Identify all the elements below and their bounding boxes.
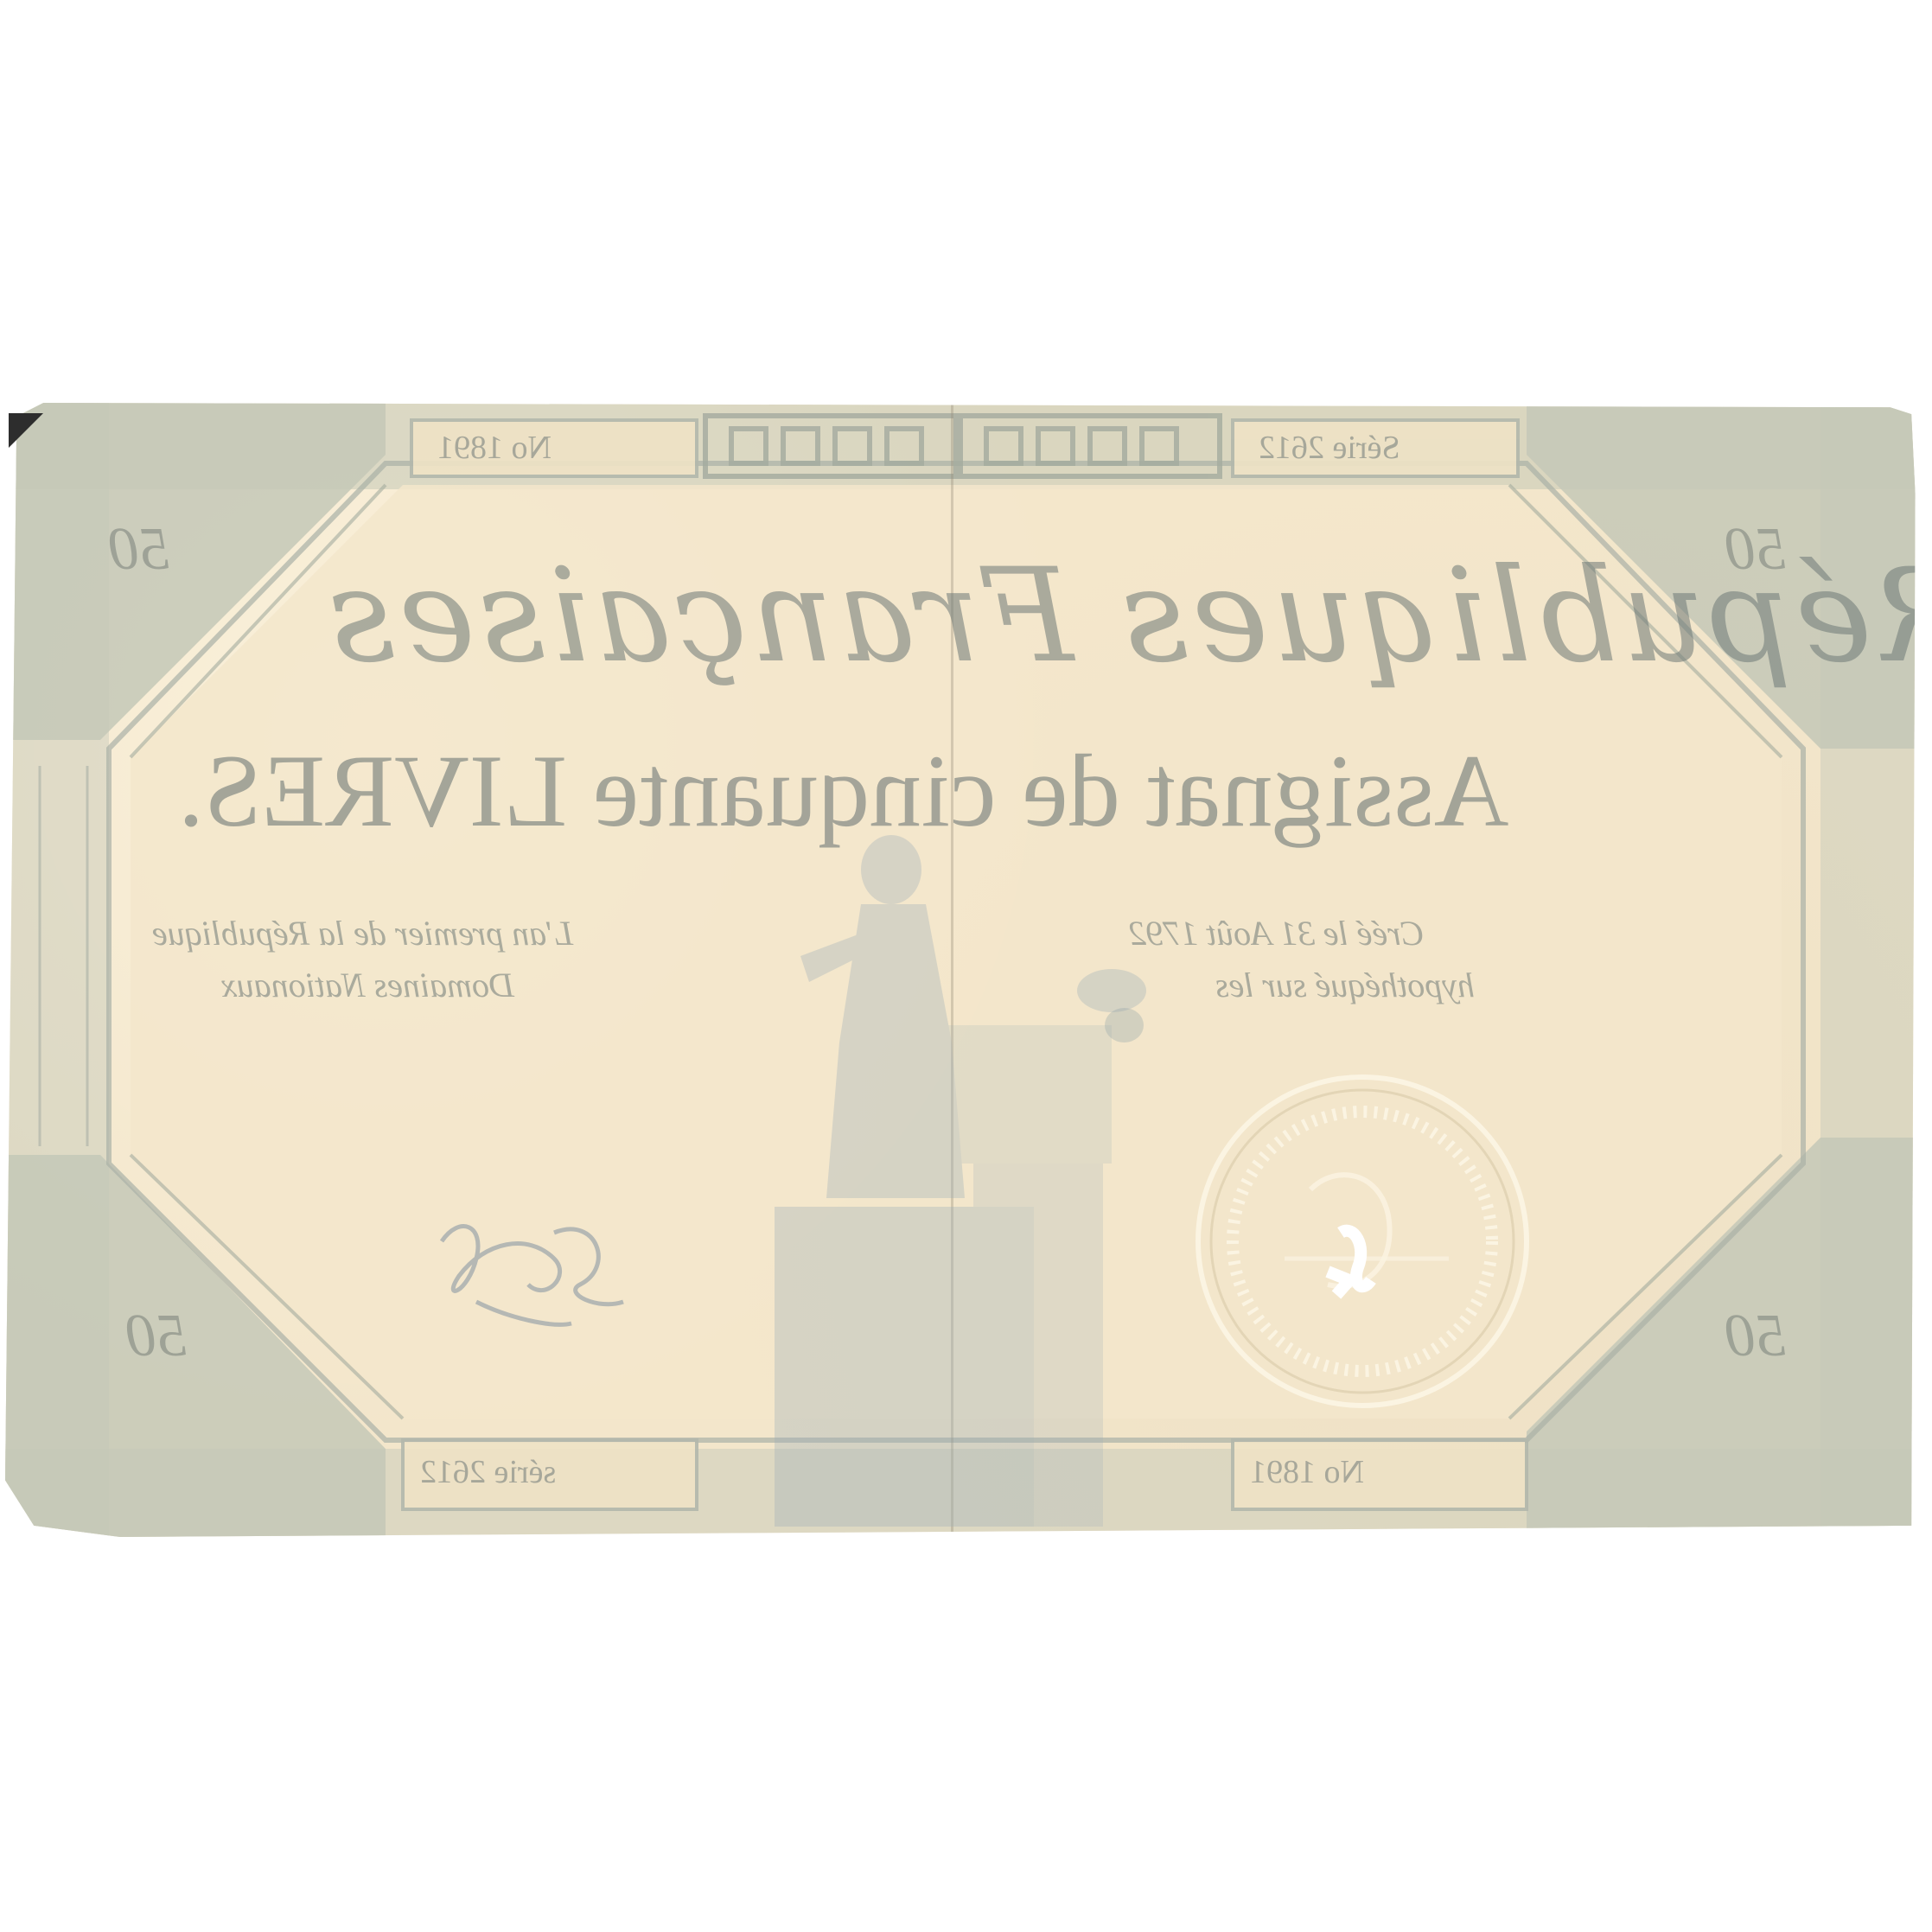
right-text-line-2: hypothéqué sur les	[1215, 965, 1475, 1005]
corner-value-top-left: 50	[109, 515, 169, 584]
denomination-line: Assignat de cinquante LIVRES.	[178, 731, 1509, 851]
bottom-serial-series: série 2612	[420, 1453, 556, 1491]
corner-value-bottom-left: 50	[126, 1302, 187, 1371]
bottom-serial-number: No 1891	[1250, 1453, 1364, 1491]
embossed-seal	[1189, 1068, 1535, 1414]
corner-value-bottom-right: 50	[1725, 1302, 1786, 1371]
top-serial-number: No 1891	[437, 429, 552, 467]
banknote: 50 50 50 50 No 1891 Série 2612 série 261…	[5, 403, 1919, 1537]
top-serial-series: Série 2612	[1259, 429, 1400, 467]
signature-scribble	[424, 1207, 632, 1336]
torn-corner-mark	[9, 413, 43, 448]
headline-republique-francaise: Républiques Françaises	[325, 541, 1919, 692]
left-text-line-1: L'an premier de la République	[152, 913, 573, 953]
stamp-dot	[1105, 1008, 1144, 1043]
right-text-line-1: Créé le 31 Août 1792	[1129, 913, 1424, 953]
allegorical-figure	[766, 835, 1172, 1527]
left-text-line-2: Domaines Nationaux	[221, 965, 514, 1005]
